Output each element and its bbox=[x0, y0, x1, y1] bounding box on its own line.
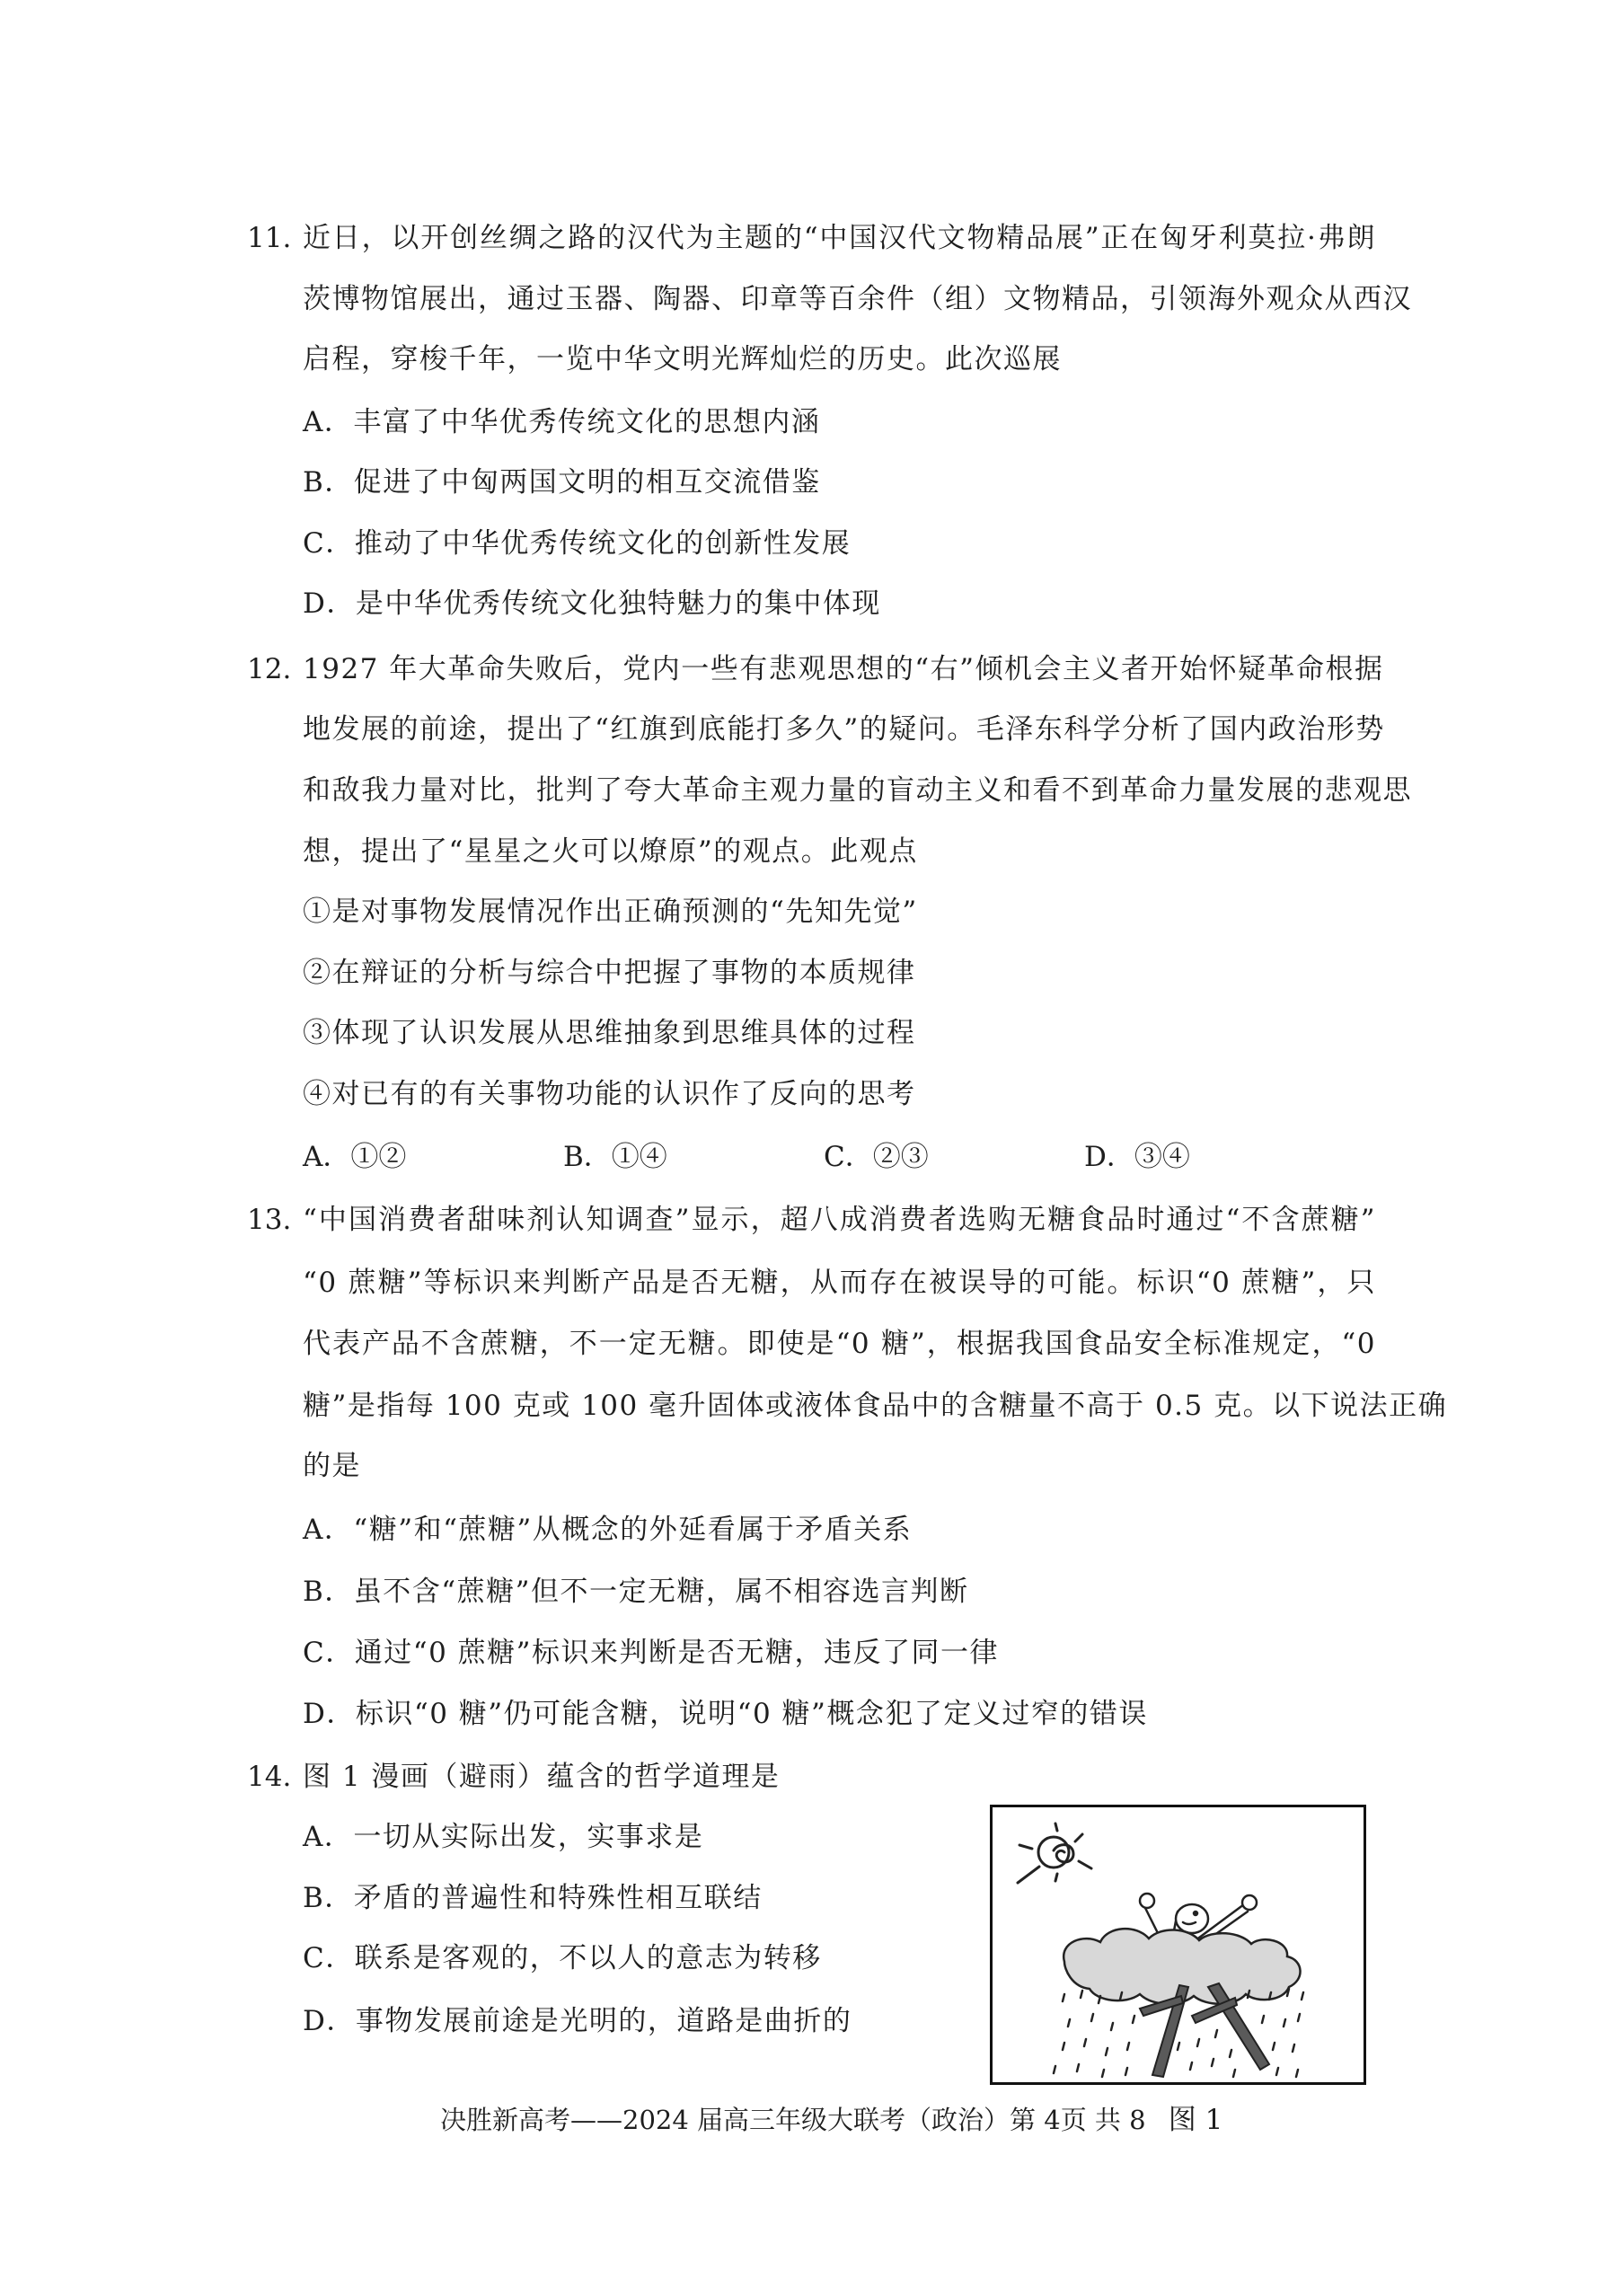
option-a: A．“糖”和“蔗糖”从概念的外延看属于矛盾关系 bbox=[303, 1512, 912, 1548]
option-c: C．联系是客观的，不以人的意志为转移 bbox=[303, 1940, 822, 1976]
question-stem-line: 和敌我力量对比，批判了夸大革命主观力量的盲动主义和看不到革命力量发展的悲观思 bbox=[303, 773, 1376, 808]
statement-1: ①是对事物发展情况作出正确预测的“先知先觉” bbox=[303, 894, 918, 930]
option-a: A．①② bbox=[303, 1139, 406, 1175]
question-stem-line: 茨博物馆展出，通过玉器、陶器、印章等百余件（组）文物精品，引领海外观众从西汉 bbox=[303, 281, 1376, 317]
option-a: A．一切从实际出发，实事求是 bbox=[303, 1819, 703, 1855]
option-d: D．是中华优秀传统文化独特魅力的集中体现 bbox=[303, 586, 881, 622]
option-c: C．通过“0 蔗糖”标识来判断是否无糖，违反了同一律 bbox=[303, 1635, 999, 1671]
statement-3: ③体现了认识发展从思维抽象到思维具体的过程 bbox=[303, 1015, 916, 1051]
cartoon-rain-shelter-icon bbox=[993, 1807, 1364, 2082]
question-stem-line: 代表产品不含蔗糖，不一定无糖。即使是“0 糖”，根据我国食品安全标准规定，“0 bbox=[303, 1326, 1376, 1362]
statement-2: ②在辩证的分析与综合中把握了事物的本质规律 bbox=[303, 955, 916, 991]
page-footer: 决胜新高考——2024 届高三年级大联考（政治）第 4页 共 8 图 1 bbox=[440, 2102, 1222, 2138]
option-d: D．事物发展前途是光明的，道路是曲折的 bbox=[303, 2003, 852, 2039]
question-stem-line: 想，提出了“星星之火可以燎原”的观点。此观点 bbox=[303, 834, 918, 870]
question-stem: 图 1 漫画（避雨）蕴含的哲学道理是 bbox=[303, 1759, 780, 1795]
question-stem-line: 近日，以开创丝绸之路的汉代为主题的“中国汉代文物精品展”正在匈牙利莫拉·弗朗 bbox=[303, 220, 1376, 256]
question-stem-line: 糖”是指每 100 克或 100 毫升固体或液体食品中的含糖量不高于 0.5 克… bbox=[303, 1388, 1376, 1424]
option-b: B．促进了中匈两国文明的相互交流借鉴 bbox=[303, 464, 821, 500]
question-stem-line: 的是 bbox=[303, 1448, 361, 1484]
question-number: 13. bbox=[247, 1202, 291, 1238]
option-b: B．虽不含“蔗糖”但不一定无糖，属不相容选言判断 bbox=[303, 1574, 968, 1610]
question-stem-line: 地发展的前途，提出了“红旗到底能打多久”的疑问。毛泽东科学分析了国内政治形势 bbox=[303, 711, 1376, 747]
footer-text: 决胜新高考——2024 届高三年级大联考（政治）第 4页 共 8 bbox=[440, 2105, 1146, 2135]
question-number: 14. bbox=[247, 1759, 291, 1795]
option-c: C．推动了中华优秀传统文化的创新性发展 bbox=[303, 525, 851, 561]
question-number: 11. bbox=[247, 220, 291, 256]
statement-4: ④对已有的有关事物功能的认识作了反向的思考 bbox=[303, 1076, 916, 1112]
option-d: D．标识“0 糖”仍可能含糖，说明“0 糖”概念犯了定义过窄的错误 bbox=[303, 1696, 1148, 1732]
option-b: B．矛盾的普遍性和特殊性相互联结 bbox=[303, 1880, 763, 1916]
question-number: 12. bbox=[247, 651, 291, 687]
option-c: C．②③ bbox=[824, 1139, 929, 1175]
question-stem-line: “0 蔗糖”等标识来判断产品是否无糖，从而存在被误导的可能。标识“0 蔗糖”，只 bbox=[303, 1265, 1376, 1301]
option-a: A．丰富了中华优秀传统文化的思想内涵 bbox=[303, 404, 820, 440]
question-stem-line: “中国消费者甜味剂认知调查”显示，超八成消费者选购无糖食品时通过“不含蔗糖” bbox=[303, 1202, 1376, 1238]
question-stem-line: 1927 年大革命失败后，党内一些有悲观思想的“右”倾机会主义者开始怀疑革命根据 bbox=[303, 651, 1376, 687]
option-b: B．①④ bbox=[563, 1139, 667, 1175]
figure-1-cartoon bbox=[990, 1805, 1366, 2085]
option-d: D．③④ bbox=[1084, 1139, 1190, 1175]
question-stem-line: 启程，穿梭千年，一览中华文明光辉灿烂的历史。此次巡展 bbox=[303, 341, 1062, 377]
figure-caption: 图 1 bbox=[1169, 2104, 1223, 2136]
